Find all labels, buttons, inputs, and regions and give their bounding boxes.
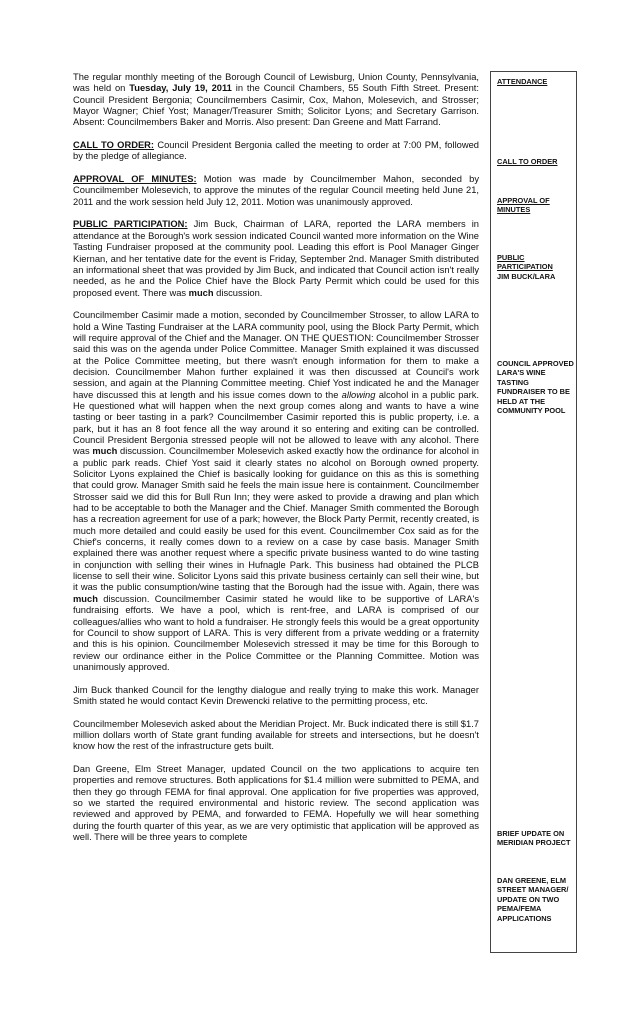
sidebar-label-approval-of-minutes: APPROVAL OF MINUTES <box>497 196 577 215</box>
call-to-order-heading: CALL TO ORDER: <box>73 140 154 150</box>
minutes-body: The regular monthly meeting of the Borou… <box>73 72 479 855</box>
meridian-paragraph: Councilmember Molesevich asked about the… <box>73 719 479 753</box>
emphasis-much: much <box>92 446 117 456</box>
emphasis-allowing: allowing <box>342 390 376 400</box>
sidebar-label-public-participation: PUBLIC PARTICIPATION JIM BUCK/LARA <box>497 253 577 281</box>
jim-buck-thanks-paragraph: Jim Buck thanked Council for the lengthy… <box>73 685 479 708</box>
public-participation-tail: discussion. <box>214 288 263 298</box>
wine-tasting-text-1: Councilmember Casimir made a motion, sec… <box>73 310 479 399</box>
wine-tasting-paragraph: Councilmember Casimir made a motion, sec… <box>73 310 479 673</box>
wine-tasting-text-4: discussion. Councilmember Casimir stated… <box>73 594 479 672</box>
wine-tasting-text-3: discussion. Councilmember Molesevich ask… <box>73 446 479 592</box>
sidebar-label-council-approved: COUNCIL APPROVED LARA'S WINE TASTING FUN… <box>497 359 577 415</box>
emphasis-much: much <box>189 288 214 298</box>
public-participation-text: Jim Buck, Chairman of LARA, reported the… <box>73 219 479 297</box>
sidebar-public-line-2: PARTICIPATION <box>497 262 577 271</box>
public-participation-paragraph: PUBLIC PARTICIPATION: Jim Buck, Chairman… <box>73 219 479 298</box>
document-page: The regular monthly meeting of the Borou… <box>0 0 625 1030</box>
sidebar-approval-line-2: MINUTES <box>497 205 577 214</box>
sidebar-public-line-1: PUBLIC <box>497 253 577 262</box>
sidebar-label-meridian: BRIEF UPDATE ON MERIDIAN PROJECT <box>497 829 577 848</box>
approval-minutes-heading: APPROVAL OF MINUTES: <box>73 174 197 184</box>
emphasis-much: much <box>73 594 98 604</box>
sidebar-approval-line-1: APPROVAL OF <box>497 196 577 205</box>
sidebar-public-line-3: JIM BUCK/LARA <box>497 272 577 281</box>
sidebar-label-attendance: ATTENDANCE <box>497 77 577 86</box>
approval-minutes-paragraph: APPROVAL OF MINUTES: Motion was made by … <box>73 174 479 208</box>
sidebar-label-call-to-order: CALL TO ORDER <box>497 157 577 166</box>
dan-greene-paragraph: Dan Greene, Elm Street Manager, updated … <box>73 764 479 843</box>
call-to-order-paragraph: CALL TO ORDER: Council President Bergoni… <box>73 140 479 163</box>
attendance-paragraph: The regular monthly meeting of the Borou… <box>73 72 479 129</box>
public-participation-heading: PUBLIC PARTICIPATION: <box>73 219 188 229</box>
meeting-date: Tuesday, July 19, 2011 <box>129 83 232 93</box>
sidebar-label-dan-greene: DAN GREENE, ELM STREET MANAGER/ UPDATE O… <box>497 876 577 923</box>
